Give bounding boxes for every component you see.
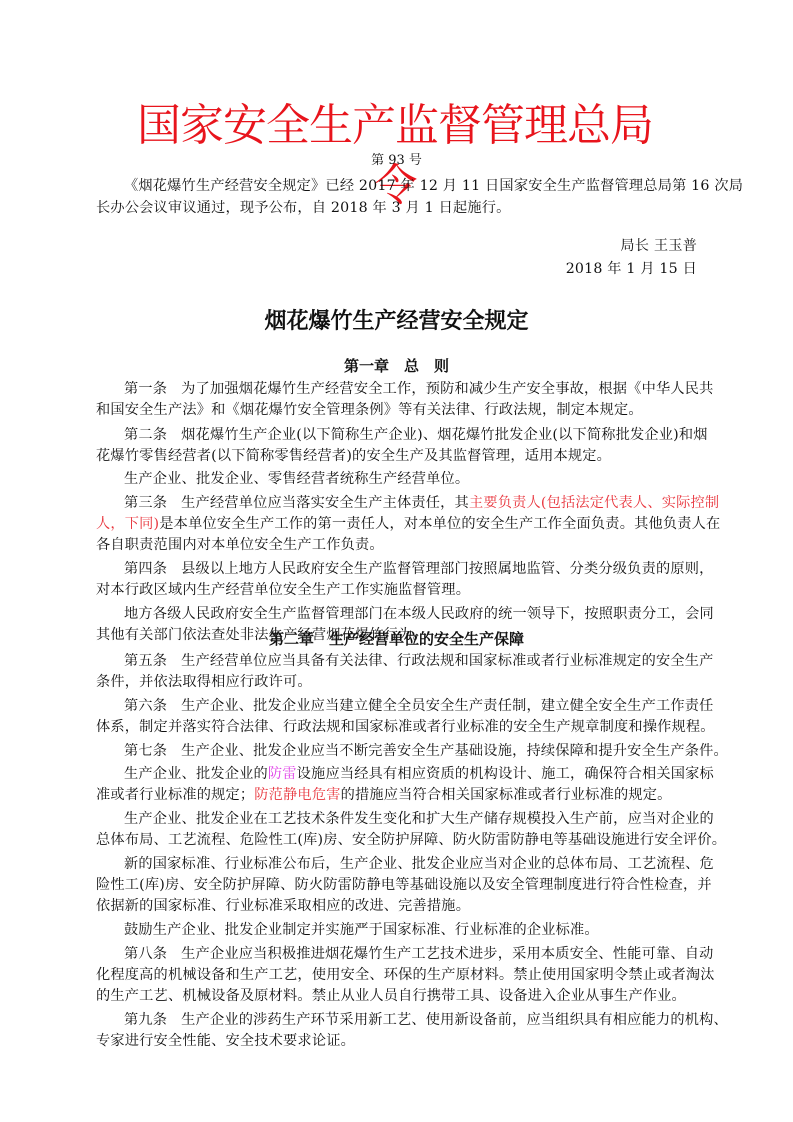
article-line: 生产企业、批发企业在工艺技术条件发生变化和扩大生产储存规模投入生产前，应当对企业… <box>124 809 700 830</box>
article-line: 花爆竹零售经营者(以下简称零售经营者)的安全生产及其监督管理，适用本规定。 <box>96 446 700 467</box>
decree-number: 第 93 号 <box>0 152 793 170</box>
article-line: 对本行政区域内生产经营单位安全生产工作实施监督管理。 <box>96 580 700 601</box>
article-text: 生产企业的涉药生产环节采用新工艺、使用新设备前，应当组织具有相应能力的机构、 <box>181 1012 728 1028</box>
highlight-text: 防范静电危害 <box>254 787 340 803</box>
article-text: 县级以上地方人民政府安全生产监督管理部门按照属地监管、分类分级负责的原则， <box>181 561 713 577</box>
article-line: 第三条生产经营单位应当落实安全生产主体责任，其主要负责人(包括法定代表人、实际控… <box>124 493 700 514</box>
article-text: 生产企业、批发企业应当建立健全全员安全生产责任制，建立健全安全生产工作责任 <box>181 698 713 714</box>
article-line: 条件，并依法取得相应行政许可。 <box>96 672 700 693</box>
chapter-heading: 第二章 生产经营单位的安全生产保障 <box>0 629 793 650</box>
article-text: 烟花爆竹生产企业(以下简称生产企业)、烟花爆竹批发企业(以下简称批发企业)和烟 <box>181 427 708 443</box>
article-label: 第七条 <box>124 743 167 759</box>
article-line: 地方各级人民政府安全生产监督管理部门在本级人民政府的统一领导下，按照职责分工，会… <box>124 604 700 625</box>
article-text: 生产企业应当积极推进烟花爆竹生产工艺技术进步，采用本质安全、性能可靠、自动 <box>181 946 713 962</box>
highlight-text: 人，下同) <box>96 516 159 532</box>
article-label: 第二条 <box>124 427 167 443</box>
article-label: 第五条 <box>124 653 167 669</box>
sign-date: 2018 年 1 月 15 日 <box>566 259 697 280</box>
article-line: 第七条生产企业、批发企业应当不断完善安全生产基础设施，持续保障和提升安全生产条件… <box>124 741 700 762</box>
article-line: 第九条生产企业的涉药生产环节采用新工艺、使用新设备前，应当组织具有相应能力的机构… <box>124 1010 700 1031</box>
article-text: 生产企业、批发企业的 <box>124 766 268 782</box>
article-line: 和国安全生产法》和《烟花爆竹安全管理条例》等有关法律、行政法规，制定本规定。 <box>96 400 700 421</box>
article-label: 第八条 <box>124 946 167 962</box>
article-text: 为了加强烟花爆竹生产经营安全工作，预防和减少生产安全事故，根据《中华人民共 <box>181 381 713 397</box>
chapter-heading: 第一章 总 则 <box>0 356 793 377</box>
regulation-title: 烟花爆竹生产经营安全规定 <box>0 306 793 338</box>
article-label: 第四条 <box>124 561 167 577</box>
article-line: 准或者行业标准的规定；防范静电危害的措施应当符合相关国家标准或者行业标准的规定。 <box>96 785 700 806</box>
article-text: 生产经营单位应当具备有关法律、行政法规和国家标准或者行业标准规定的安全生产 <box>181 653 713 669</box>
article-line: 总体布局、工艺流程、危险性工(库)房、安全防护屏障、防火防雷防静电等基础设施进行… <box>96 830 700 851</box>
article-text: 的措施应当符合相关国家标准或者行业标准的规定。 <box>341 787 672 803</box>
article-line: 第六条生产企业、批发企业应当建立健全全员安全生产责任制，建立健全安全生产工作责任 <box>124 696 700 717</box>
article-line: 险性工(库)房、安全防护屏障、防火防雷防静电等基础设施以及安全管理制度进行符合性… <box>96 875 700 896</box>
article-label: 第一条 <box>124 381 167 397</box>
article-line: 人，下同)是本单位安全生产工作的第一责任人，对本单位的安全生产工作全面负责。其他… <box>96 514 700 535</box>
article-label: 第三条 <box>124 495 167 511</box>
article-line: 生产企业、批发企业的防雷设施应当经具有相应资质的机构设计、施工，确保符合相关国家… <box>124 764 700 785</box>
article-line: 新的国家标准、行业标准公布后，生产企业、批发企业应当对企业的总体布局、工艺流程、… <box>124 854 700 875</box>
article-text: 准或者行业标准的规定； <box>96 787 254 803</box>
article-text: 生产企业、批发企业应当不断完善安全生产基础设施，持续保障和提升安全生产条件。 <box>181 743 728 759</box>
article-line: 第一条为了加强烟花爆竹生产经营安全工作，预防和减少生产安全事故，根据《中华人民共 <box>124 379 700 400</box>
signer: 局长 王玉普 <box>620 236 697 257</box>
article-line: 第五条生产经营单位应当具备有关法律、行政法规和国家标准或者行业标准规定的安全生产 <box>124 651 700 672</box>
article-line: 生产企业、批发企业、零售经营者统称生产经营单位。 <box>124 469 700 490</box>
article-label: 第六条 <box>124 698 167 714</box>
highlight-text: 防雷 <box>268 766 297 782</box>
article-text: 是本单位安全生产工作的第一责任人，对本单位的安全生产工作全面负责。其他负责人在 <box>159 516 720 532</box>
article-line: 化程度高的机械设备和生产工艺，使用安全、环保的生产原材料。禁止使用国家明令禁止或… <box>96 965 700 986</box>
article-line: 第四条县级以上地方人民政府安全生产监督管理部门按照属地监管、分类分级负责的原则， <box>124 559 700 580</box>
preamble-line: 《烟花爆竹生产经营安全规定》已经 2017 年 12 月 11 日国家安全生产监… <box>124 176 700 197</box>
article-line: 鼓励生产企业、批发企业制定并实施严于国家标准、行业标准的企业标准。 <box>124 920 700 941</box>
article-label: 第九条 <box>124 1012 167 1028</box>
article-line: 第二条烟花爆竹生产企业(以下简称生产企业)、烟花爆竹批发企业(以下简称批发企业)… <box>124 425 700 446</box>
article-text: 生产经营单位应当落实安全生产主体责任，其 <box>181 495 469 511</box>
preamble-line: 长办公会议审议通过，现予公布，自 2018 年 3 月 1 日起施行。 <box>96 198 700 219</box>
article-line: 的生产工艺、机械设备及原材料。禁止从业人员自行携带工具、设备进入企业从事生产作业… <box>96 986 700 1007</box>
article-line: 体系，制定并落实符合法律、行政法规和国家标准或者行业标准的安全生产规章制度和操作… <box>96 717 700 738</box>
article-line: 各自职责范围内对本单位安全生产工作负责。 <box>96 535 700 556</box>
article-line: 专家进行安全性能、安全技术要求论证。 <box>96 1031 700 1052</box>
article-line: 第八条生产企业应当积极推进烟花爆竹生产工艺技术进步，采用本质安全、性能可靠、自动 <box>124 944 700 965</box>
article-line: 依据新的国家标准、行业标准采取相应的改进、完善措施。 <box>96 896 700 917</box>
highlight-text: 主要负责人(包括法定代表人、实际控制 <box>469 495 719 511</box>
document-page: 国家安全生产监督管理总局令 第 93 号 《烟花爆竹生产经营安全规定》已经 20… <box>0 0 793 1122</box>
article-text: 设施应当经具有相应资质的机构设计、施工，确保符合相关国家标 <box>297 766 714 782</box>
